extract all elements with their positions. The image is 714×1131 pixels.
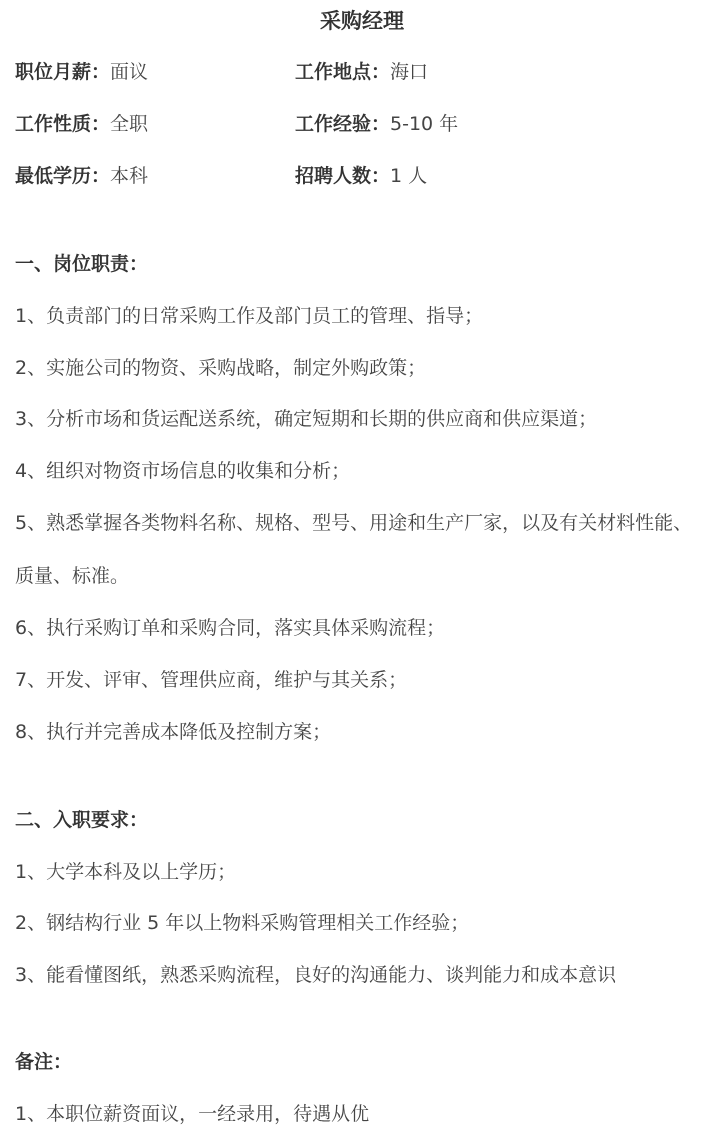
info-headcount: 招聘人数：1 人 bbox=[295, 161, 427, 191]
responsibility-item: 5、熟悉掌握各类物料名称、规格、型号、用途和生产厂家，以及有关材料性能、 bbox=[15, 508, 692, 538]
info-experience: 工作经验：5-10 年 bbox=[295, 109, 458, 139]
section-heading-notes: 备注： bbox=[15, 1047, 72, 1077]
info-row-3: 最低学历：本科 招聘人数：1 人 bbox=[15, 161, 705, 191]
responsibility-item: 8、执行并完善成本降低及控制方案； bbox=[15, 717, 331, 747]
info-location: 工作地点：海口 bbox=[295, 57, 428, 87]
responsibility-item: 7、开发、评审、管理供应商，维护与其关系； bbox=[15, 665, 407, 695]
info-row-2: 工作性质：全职 工作经验：5-10 年 bbox=[15, 109, 705, 139]
info-row-1: 职位月薪：面议 工作地点：海口 bbox=[15, 57, 705, 87]
note-item: 1、本职位薪资面议，一经录用，待遇从优 bbox=[15, 1099, 369, 1129]
section-heading-requirements: 二、入职要求： bbox=[15, 805, 148, 835]
info-education: 最低学历：本科 bbox=[15, 161, 148, 191]
info-label: 工作性质： bbox=[15, 113, 110, 135]
info-value: 1 人 bbox=[390, 165, 427, 187]
info-value: 全职 bbox=[110, 113, 148, 135]
responsibility-item: 3、分析市场和货运配送系统，确定短期和长期的供应商和供应渠道； bbox=[15, 404, 597, 434]
responsibility-item: 6、执行采购订单和采购合同，落实具体采购流程； bbox=[15, 613, 445, 643]
info-job-type: 工作性质：全职 bbox=[15, 109, 148, 139]
section-heading-responsibilities: 一、岗位职责： bbox=[15, 249, 148, 279]
info-label: 最低学历： bbox=[15, 165, 110, 187]
requirement-item: 2、钢结构行业 5 年以上物料采购管理相关工作经验； bbox=[15, 908, 469, 938]
requirement-item: 3、能看懂图纸，熟悉采购流程，良好的沟通能力、谈判能力和成本意识 bbox=[15, 960, 616, 990]
job-title: 采购经理 bbox=[0, 6, 714, 36]
info-label: 工作地点： bbox=[295, 61, 390, 83]
info-label: 职位月薪： bbox=[15, 61, 110, 83]
info-label: 工作经验： bbox=[295, 113, 390, 135]
responsibility-item-continued: 质量、标准。 bbox=[15, 561, 129, 591]
info-value: 面议 bbox=[110, 61, 148, 83]
info-salary: 职位月薪：面议 bbox=[15, 57, 148, 87]
info-value: 海口 bbox=[390, 61, 428, 83]
info-value: 5-10 年 bbox=[390, 113, 458, 135]
responsibility-item: 1、负责部门的日常采购工作及部门员工的管理、指导； bbox=[15, 301, 483, 331]
requirement-item: 1、大学本科及以上学历； bbox=[15, 857, 236, 887]
responsibility-item: 2、实施公司的物资、采购战略，制定外购政策； bbox=[15, 353, 426, 383]
responsibility-item: 4、组织对物资市场信息的收集和分析； bbox=[15, 456, 350, 486]
info-label: 招聘人数： bbox=[295, 165, 390, 187]
info-value: 本科 bbox=[110, 165, 148, 187]
